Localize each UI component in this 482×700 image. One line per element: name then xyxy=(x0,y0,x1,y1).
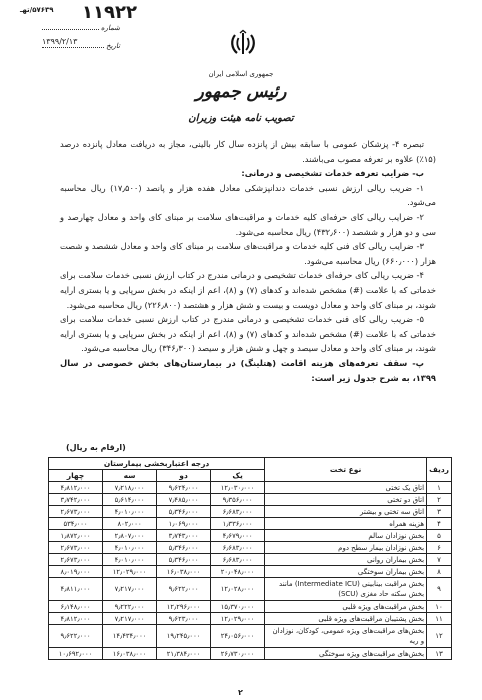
bed-type: بخش بیماران سوختگی xyxy=(265,566,427,578)
table-row: ۳ اتاق سه تختی و بیشتر ۶٫۶۸۳٫۰۰۰ ۵٫۳۴۶٫۰… xyxy=(49,506,452,518)
grade-1-value: ۹٫۳۵۶٫۰۰۰ xyxy=(211,494,265,506)
number-field: شماره xyxy=(40,24,120,32)
grade-1-value: ۱۲٫۰۳۰٫۰۰۰ xyxy=(211,482,265,494)
grade-1-value: ۴٫۶۷۹٫۰۰۰ xyxy=(211,530,265,542)
header-accreditation-group: درجه اعتباربخشی بیمارستان xyxy=(49,458,265,470)
row-number: ۱۳ xyxy=(427,648,452,660)
grade-1-value: ۶٫۶۸۳٫۰۰۰ xyxy=(211,542,265,554)
grade-2-value: ۵٫۳۴۶٫۰۰۰ xyxy=(157,506,211,518)
table-row: ۶ بخش نوزادان بیمار سطح دوم ۶٫۶۸۳٫۰۰۰ ۵٫… xyxy=(49,542,452,554)
grade-1-value: ۶٫۶۸۳٫۰۰۰ xyxy=(211,554,265,566)
grade-4-value: ۲٫۶۷۳٫۰۰۰ xyxy=(49,542,103,554)
grade-2-value: ۱۲٫۲۹۶٫۰۰۰ xyxy=(157,601,211,613)
date-field: تاریخ ۱۳۹۹/۲/۱۳ xyxy=(40,42,120,50)
grade-2-value: ۹٫۶۲۳٫۰۰۰ xyxy=(157,613,211,625)
bed-type: بخش بیماران روانی xyxy=(265,554,427,566)
table-row: ۵ بخش نوزادان سالم ۴٫۶۷۹٫۰۰۰ ۳٫۷۴۳٫۰۰۰ ۲… xyxy=(49,530,452,542)
bed-type: اتاق سه تختی و بیشتر xyxy=(265,506,427,518)
header-grade-1: یک xyxy=(211,470,265,482)
bed-type: هزینه همراه xyxy=(265,518,427,530)
header-grade-2: دو xyxy=(157,470,211,482)
grade-3-value: ۲٫۸۰۷٫۰۰۰ xyxy=(103,530,157,542)
date-value: ۱۳۹۹/۲/۱۳ xyxy=(42,37,77,46)
grade-1-value: ۶٫۶۸۳٫۰۰۰ xyxy=(211,506,265,518)
grade-2-value: ۲۱٫۳۸۴٫۰۰۰ xyxy=(157,648,211,660)
bed-type: بخش مراقبت‌های ویژه قلبی xyxy=(265,601,427,613)
section-b-heading: ب- ضرایب تعرفه خدمات تشخیصی و درمانی: xyxy=(60,166,436,181)
bed-type: بخش نوزادان بیمار سطح دوم xyxy=(265,542,427,554)
section-p-heading: پ- سقف تعرفه‌های هزینه اقامت (هتلینگ) در… xyxy=(60,356,436,385)
grade-4-value: ۴٫۸۱۱٫۰۰۰ xyxy=(49,578,103,601)
grade-2-value: ۱۶٫۰۳۸٫۰۰۰ xyxy=(157,566,211,578)
republic-title: جمهوری اسلامی ایران xyxy=(0,70,482,78)
grade-3-value: ۱۲٫۰۲۹٫۰۰۰ xyxy=(103,566,157,578)
grade-2-value: ۵٫۳۴۶٫۰۰۰ xyxy=(157,554,211,566)
row-number: ۱۱ xyxy=(427,613,452,625)
grade-4-value: ۲٫۶۷۳٫۰۰۰ xyxy=(49,554,103,566)
office-title: رئیس جمهور xyxy=(0,82,482,102)
header-grade-4: چهار xyxy=(49,470,103,482)
grade-2-value: ۹٫۶۲۲٫۰۰۰ xyxy=(157,578,211,601)
table-row: ۱۳ بخش‌های مراقبت‌های ویژه سوختگی ۲۶٫۷۳۰… xyxy=(49,648,452,660)
clause-2: ۲- ضرایب ریالی کای حرفه‌ای کلیه خدمات و … xyxy=(60,210,436,239)
grade-2-value: ۳٫۷۴۳٫۰۰۰ xyxy=(157,530,211,542)
grade-4-value: ۴٫۸۱۲٫۰۰۰ xyxy=(49,613,103,625)
grade-4-value: ۱۰٫۶۹۲٫۰۰۰ xyxy=(49,648,103,660)
grade-4-value: ۶٫۱۴۸٫۰۰۰ xyxy=(49,601,103,613)
letter-suffix: هـ xyxy=(20,6,27,14)
grade-3-value: ۷٫۲۱۷٫۰۰۰ xyxy=(103,613,157,625)
table-row: ۷ بخش بیماران روانی ۶٫۶۸۳٫۰۰۰ ۵٫۳۴۶٫۰۰۰ … xyxy=(49,554,452,566)
grade-4-value: ۳٫۷۴۲٫۰۰۰ xyxy=(49,494,103,506)
table-row: ۱۰ بخش مراقبت‌های ویژه قلبی ۱۵٫۳۷۰٫۰۰۰ ۱… xyxy=(49,601,452,613)
registration-number: ۱۱۹۲۲ xyxy=(82,2,137,23)
iran-emblem-icon xyxy=(229,29,257,57)
bed-type: اتاق یک تختی xyxy=(265,482,427,494)
grade-3-value: ۱۴٫۴۳۴٫۰۰۰ xyxy=(103,625,157,648)
table-row: ۴ هزینه همراه ۱٫۳۳۶٫۰۰۰ ۱٫۰۶۹٫۰۰۰ ۸۰۲٫۰۰… xyxy=(49,518,452,530)
letter-reference: ۵۷۶۳۹/تهـ xyxy=(20,6,54,14)
row-number: ۸ xyxy=(427,566,452,578)
bed-type: بخش‌های مراقبت‌های ویژه سوختگی xyxy=(265,648,427,660)
grade-2-value: ۷٫۴۸۵٫۰۰۰ xyxy=(157,494,211,506)
grade-3-value: ۵٫۶۱۴٫۰۰۰ xyxy=(103,494,157,506)
grade-4-value: ۸٫۰۱۹٫۰۰۰ xyxy=(49,566,103,578)
row-number: ۴ xyxy=(427,518,452,530)
grade-1-value: ۲۶٫۷۳۰٫۰۰۰ xyxy=(211,648,265,660)
date-dots: ۱۳۹۹/۲/۱۳ xyxy=(42,46,104,48)
clause-4: ۴- ضریب ریالی کای حرفه‌ای خدمات تشخیصی و… xyxy=(60,268,436,312)
table-row: ۲ اتاق دو تختی ۹٫۳۵۶٫۰۰۰ ۷٫۴۸۵٫۰۰۰ ۵٫۶۱۴… xyxy=(49,494,452,506)
row-number: ۵ xyxy=(427,530,452,542)
row-number: ۶ xyxy=(427,542,452,554)
table-row: ۱۲ بخش‌های مراقبت‌های ویژه عمومی، کودکان… xyxy=(49,625,452,648)
grade-1-value: ۲۴٫۰۵۶٫۰۰۰ xyxy=(211,625,265,648)
number-label: شماره xyxy=(101,24,120,32)
bed-type: بخش پشتیبان مراقبت‌های ویژه قلبی xyxy=(265,613,427,625)
table-row: ۸ بخش بیماران سوختگی ۲۰٫۰۴۸٫۰۰۰ ۱۶٫۰۳۸٫۰… xyxy=(49,566,452,578)
note-4: تبصره ۴- پزشکان عمومی با سابقه بیش از پا… xyxy=(60,137,436,166)
grade-3-value: ۴٫۰۱۰٫۰۰۰ xyxy=(103,554,157,566)
grade-1-value: ۱٫۳۳۶٫۰۰۰ xyxy=(211,518,265,530)
grade-3-value: ۸۰۲٫۰۰۰ xyxy=(103,518,157,530)
document-subtitle: تصویب نامه هیئت وزیران xyxy=(0,113,482,124)
grade-3-value: ۴٫۰۱۰٫۰۰۰ xyxy=(103,542,157,554)
grade-4-value: ۹٫۶۲۲٫۰۰۰ xyxy=(49,625,103,648)
table-row: ۱ اتاق یک تختی ۱۲٫۰۳۰٫۰۰۰ ۹٫۶۲۴٫۰۰۰ ۷٫۲۱… xyxy=(49,482,452,494)
row-number: ۷ xyxy=(427,554,452,566)
grade-3-value: ۹٫۲۲۲٫۰۰۰ xyxy=(103,601,157,613)
table-row: ۹ بخش مراقبت بینابینی (Intermediate ICU)… xyxy=(49,578,452,601)
grade-4-value: ۴٫۸۱۲٫۰۰۰ xyxy=(49,482,103,494)
page-number: ۲ xyxy=(238,688,243,697)
table-row: ۱۱ بخش پشتیبان مراقبت‌های ویژه قلبی ۱۲٫۰… xyxy=(49,613,452,625)
date-label: تاریخ xyxy=(106,42,120,50)
row-number: ۱۰ xyxy=(427,601,452,613)
grade-4-value: ۲٫۶۷۳٫۰۰۰ xyxy=(49,506,103,518)
row-number: ۹ xyxy=(427,578,452,601)
grade-3-value: ۷٫۲۱۷٫۰۰۰ xyxy=(103,578,157,601)
bed-type: اتاق دو تختی xyxy=(265,494,427,506)
clause-5: ۵- ضریب ریالی کای فنی خدمات تشخیصی و درم… xyxy=(60,312,436,356)
clause-1: ۱- ضریب ریالی ارزش نسبی خدمات دندانپزشکی… xyxy=(60,181,436,210)
clause-3: ۳- ضرایب ریالی کای فنی کلیه خدمات و مراق… xyxy=(60,239,436,268)
grade-3-value: ۷٫۲۱۸٫۰۰۰ xyxy=(103,482,157,494)
row-number: ۲ xyxy=(427,494,452,506)
letter-number: ۵۷۶۳۹/ت xyxy=(27,6,54,14)
header-row-no: ردیف xyxy=(427,458,452,482)
bed-type: بخش مراقبت بینابینی (Intermediate ICU) م… xyxy=(265,578,427,601)
grade-2-value: ۱۹٫۲۴۵٫۰۰۰ xyxy=(157,625,211,648)
header-bed-type: نوع تخت xyxy=(265,458,427,482)
row-number: ۳ xyxy=(427,506,452,518)
grade-3-value: ۱۶٫۰۳۸٫۰۰۰ xyxy=(103,648,157,660)
bed-type: بخش‌های مراقبت‌های ویژه عمومی، کودکان، ن… xyxy=(265,625,427,648)
grade-2-value: ۱٫۰۶۹٫۰۰۰ xyxy=(157,518,211,530)
grade-2-value: ۹٫۶۲۴٫۰۰۰ xyxy=(157,482,211,494)
grade-4-value: ۱٫۸۷۲٫۰۰۰ xyxy=(49,530,103,542)
grade-4-value: ۵۳۴٫۰۰۰ xyxy=(49,518,103,530)
grade-2-value: ۵٫۳۴۶٫۰۰۰ xyxy=(157,542,211,554)
number-dots xyxy=(42,28,99,30)
decree-body: تبصره ۴- پزشکان عمومی با سابقه بیش از پا… xyxy=(60,137,436,385)
unit-note: (ارقام به ریال) xyxy=(66,443,126,452)
row-number: ۱۲ xyxy=(427,625,452,648)
hoteling-tariff-table: ردیف نوع تخت درجه اعتباربخشی بیمارستان ی… xyxy=(48,457,452,660)
decree-page: ۱۱۹۲۲ ۵۷۶۳۹/تهـ شماره تاریخ ۱۳۹۹/۲/۱۳ جم… xyxy=(0,0,482,700)
row-number: ۱ xyxy=(427,482,452,494)
grade-1-value: ۱۵٫۳۷۰٫۰۰۰ xyxy=(211,601,265,613)
bed-type: بخش نوزادان سالم xyxy=(265,530,427,542)
grade-1-value: ۱۲٫۰۲۹٫۰۰۰ xyxy=(211,613,265,625)
grade-3-value: ۴٫۰۱۰٫۰۰۰ xyxy=(103,506,157,518)
grade-1-value: ۲۰٫۰۴۸٫۰۰۰ xyxy=(211,566,265,578)
grade-1-value: ۱۲٫۰۲۸٫۰۰۰ xyxy=(211,578,265,601)
header-grade-3: سه xyxy=(103,470,157,482)
